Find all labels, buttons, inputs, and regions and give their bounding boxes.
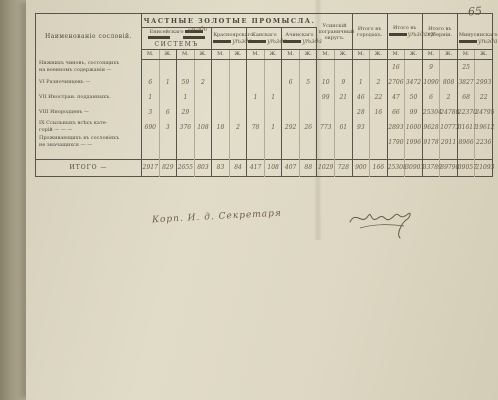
- total-value-cell: 1029: [317, 159, 335, 176]
- value-cell: 8966: [457, 135, 475, 150]
- value-cell: [335, 105, 353, 120]
- value-cell: [282, 90, 300, 105]
- col-header-male: М.: [177, 49, 195, 59]
- value-cell: [299, 59, 317, 75]
- system-label: СИСТЕМЪ: [142, 41, 211, 49]
- total-value-cell: 900: [352, 159, 370, 176]
- col-header-female: Ж.: [370, 49, 388, 59]
- struck-word: [283, 40, 301, 43]
- value-cell: 9628: [422, 120, 440, 135]
- value-cell: 1996: [405, 135, 423, 150]
- value-cell: 21: [335, 90, 353, 105]
- table-row: VII Иностран. подданныхъ.111199214622475…: [36, 90, 493, 105]
- value-cell: 3827: [457, 75, 475, 90]
- value-cell: [194, 59, 212, 75]
- value-cell: 2: [370, 75, 388, 90]
- value-cell: 2: [229, 120, 247, 135]
- census-table: Наименованіе сословій. ЧАСТНЫЕ ЗОЛОТЫЕ П…: [35, 13, 493, 177]
- value-cell: [212, 59, 230, 75]
- value-cell: 99: [405, 105, 423, 120]
- value-cell: [264, 75, 282, 90]
- col-header-male: М.: [317, 49, 335, 59]
- value-cell: 31611: [457, 120, 475, 135]
- value-cell: [299, 90, 317, 105]
- total-row: ИТОГО —291782926558038384417108407881029…: [36, 159, 493, 176]
- value-cell: 26: [299, 120, 317, 135]
- value-cell: [352, 59, 370, 75]
- value-cell: 9178: [422, 135, 440, 150]
- value-cell: 59: [177, 75, 195, 90]
- value-cell: 22: [370, 90, 388, 105]
- value-cell: [229, 59, 247, 75]
- group-kansk: Канскаго уѣзда: [247, 28, 282, 50]
- table-row: VIII Инородцевъ —36292816669925304247882…: [36, 105, 493, 120]
- value-cell: [370, 59, 388, 75]
- value-cell: [317, 59, 335, 75]
- row-label: VIII Инородцевъ —: [36, 105, 142, 120]
- value-cell: [370, 120, 388, 135]
- group-minusinsk: Минусинскаго уѣзда: [457, 28, 492, 50]
- value-cell: [159, 90, 177, 105]
- value-cell: [317, 105, 335, 120]
- row-label: Нижнихъ чиновъ, состоящихъна военномъ со…: [36, 59, 142, 75]
- value-cell: 2911: [440, 135, 458, 150]
- value-cell: [352, 135, 370, 150]
- col-header-female: Ж.: [264, 49, 282, 59]
- value-cell: 47: [387, 90, 405, 105]
- total-value-cell: 83: [212, 159, 230, 176]
- value-cell: 1790: [387, 135, 405, 150]
- value-cell: [229, 90, 247, 105]
- value-cell: 773: [317, 120, 335, 135]
- struck-word: [248, 40, 266, 43]
- value-cell: [177, 59, 195, 75]
- signature-secretary: Корп. И. д. Секретаря: [152, 209, 282, 226]
- group-usinsk: Усинскій пограничный округъ.: [317, 14, 352, 50]
- struck-subsystem-south: [183, 36, 205, 39]
- value-cell: [142, 135, 160, 150]
- value-cell: 3472: [405, 75, 423, 90]
- value-cell: 29: [177, 105, 195, 120]
- table-body: Нижнихъ чиновъ, состоящихъна военномъ со…: [36, 59, 493, 176]
- value-cell: 10773: [440, 120, 458, 135]
- value-cell: 93: [352, 120, 370, 135]
- col-header-female: Ж.: [229, 49, 247, 59]
- total-value-cell: 33789: [422, 159, 440, 176]
- value-cell: 108: [194, 120, 212, 135]
- total-label: ИТОГО —: [36, 159, 142, 176]
- col-header-female: Ж.: [159, 49, 177, 59]
- col-header-male: М.: [282, 49, 300, 59]
- value-cell: [212, 75, 230, 90]
- value-cell: 2: [194, 75, 212, 90]
- value-cell: [317, 135, 335, 150]
- value-cell: 5: [299, 75, 317, 90]
- value-cell: 2893: [387, 120, 405, 135]
- value-cell: [177, 135, 195, 150]
- handwritten-uezda: уѣзда: [302, 38, 321, 45]
- value-cell: 292: [282, 120, 300, 135]
- col-header-female: Ж.: [405, 49, 423, 59]
- total-value-cell: 30903: [405, 159, 423, 176]
- value-cell: [475, 59, 493, 75]
- value-cell: [264, 135, 282, 150]
- value-cell: 24788: [440, 105, 458, 120]
- col-header-female: Ж.: [194, 49, 212, 59]
- group-achinsk: Ачинскаго уѣзда: [282, 28, 317, 50]
- spacer-row: [36, 150, 493, 160]
- value-cell: [142, 59, 160, 75]
- scanned-page: 65 Наименованіе сословій. ЧАСТНЫЕ ЗОЛОТЫ…: [0, 0, 498, 400]
- value-cell: [247, 135, 265, 150]
- total-value-cell: 2917: [142, 159, 160, 176]
- total-value-cell: 2655: [177, 159, 195, 176]
- value-cell: [212, 135, 230, 150]
- page-title: ЧАСТНЫЕ ЗОЛОТЫЕ ПРОМЫСЛА.: [142, 14, 317, 28]
- table-row: Нижнихъ чиновъ, состоящихъна военномъ со…: [36, 59, 493, 75]
- row-label: VII Иностран. подданныхъ.: [36, 90, 142, 105]
- value-cell: 16: [387, 59, 405, 75]
- value-cell: [335, 59, 353, 75]
- col-header-male: М.: [212, 49, 230, 59]
- value-cell: 25: [457, 59, 475, 75]
- value-cell: [440, 59, 458, 75]
- value-cell: 6: [159, 105, 177, 120]
- total-value-cell: 829: [159, 159, 177, 176]
- document-page: 65 Наименованіе сословій. ЧАСТНЫЕ ЗОЛОТЫ…: [26, 0, 498, 400]
- value-cell: [194, 135, 212, 150]
- value-cell: 808: [440, 75, 458, 90]
- value-cell: 1: [264, 90, 282, 105]
- value-cell: 1: [264, 120, 282, 135]
- value-cell: 2236: [475, 135, 493, 150]
- value-cell: 46: [352, 90, 370, 105]
- handwritten-uezda: уѣзда: [478, 38, 497, 45]
- value-cell: [194, 105, 212, 120]
- struck-word: [389, 33, 407, 36]
- row-label: VI Разночинцевъ —: [36, 75, 142, 90]
- row-label: Проживающихъ въ сословіяхъне значащихся …: [36, 135, 142, 150]
- value-cell: [264, 105, 282, 120]
- struck-word: [213, 40, 231, 43]
- struck-subsystem-north: [148, 36, 170, 39]
- total-value-cell: 39057: [457, 159, 475, 176]
- value-cell: 2: [440, 90, 458, 105]
- value-cell: 6: [422, 90, 440, 105]
- value-cell: [370, 135, 388, 150]
- value-cell: [159, 135, 177, 150]
- stub-header: Наименованіе сословій.: [36, 14, 142, 60]
- value-cell: 3: [142, 105, 160, 120]
- value-cell: [212, 90, 230, 105]
- total-value-cell: 108: [264, 159, 282, 176]
- col-header-female: Ж.: [335, 49, 353, 59]
- value-cell: 22: [475, 90, 493, 105]
- col-header-female: Ж.: [475, 49, 493, 59]
- table-row: IX Ссыльныхъ всѣхъ кате-горій — — —69033…: [36, 120, 493, 135]
- total-value-cell: 166: [370, 159, 388, 176]
- value-cell: [282, 105, 300, 120]
- table-row: VI Разночинцевъ —61592651091227063472109…: [36, 75, 493, 90]
- header-row-title: Наименованіе сословій. ЧАСТНЫЕ ЗОЛОТЫЕ П…: [36, 14, 493, 28]
- col-header-male: М.: [352, 49, 370, 59]
- value-cell: 24795: [475, 105, 493, 120]
- value-cell: 19612: [475, 120, 493, 135]
- col-header-female: Ж.: [299, 49, 317, 59]
- value-cell: [247, 105, 265, 120]
- table-row: Проживающихъ въ сословіяхъне значащихся …: [36, 135, 493, 150]
- total-value-cell: 417: [247, 159, 265, 176]
- value-cell: 10: [317, 75, 335, 90]
- value-cell: 1: [352, 75, 370, 90]
- value-cell: 22370: [457, 105, 475, 120]
- value-cell: 1090: [422, 75, 440, 90]
- value-cell: [247, 75, 265, 90]
- value-cell: 1: [247, 90, 265, 105]
- value-cell: [212, 105, 230, 120]
- group-total-districts: Итого въ уѣздахъ: [387, 14, 422, 50]
- value-cell: 2993: [475, 75, 493, 90]
- value-cell: [229, 135, 247, 150]
- group-yenisei: Енисейскаго уѣзда СИСТЕМЪ: [142, 28, 212, 50]
- value-cell: 16: [370, 105, 388, 120]
- signature-block: Корп. И. д. Секретаря: [26, 206, 498, 246]
- total-value-cell: 803: [194, 159, 212, 176]
- value-cell: 690: [142, 120, 160, 135]
- value-cell: 61: [335, 120, 353, 135]
- value-cell: 9: [422, 59, 440, 75]
- value-cell: [405, 59, 423, 75]
- value-cell: 1600: [405, 120, 423, 135]
- value-cell: [247, 59, 265, 75]
- value-cell: 1: [177, 90, 195, 105]
- value-cell: 68: [457, 90, 475, 105]
- value-cell: 1: [159, 75, 177, 90]
- value-cell: 28: [352, 105, 370, 120]
- value-cell: [282, 59, 300, 75]
- value-cell: [299, 135, 317, 150]
- value-cell: 66: [387, 105, 405, 120]
- total-value-cell: 728: [335, 159, 353, 176]
- value-cell: 99: [317, 90, 335, 105]
- value-cell: 1: [142, 90, 160, 105]
- value-cell: 6: [282, 75, 300, 90]
- total-value-cell: 39798: [440, 159, 458, 176]
- col-header-male: М.: [142, 49, 160, 59]
- value-cell: 6: [142, 75, 160, 90]
- value-cell: [335, 135, 353, 150]
- value-cell: [194, 90, 212, 105]
- col-header-male: М.: [457, 49, 475, 59]
- value-cell: 2706: [387, 75, 405, 90]
- value-cell: 9: [335, 75, 353, 90]
- value-cell: [282, 135, 300, 150]
- group-total-cities: Итого въ городахъ.: [352, 14, 387, 50]
- signature-flourish: [346, 206, 416, 240]
- col-header-male: М.: [247, 49, 265, 59]
- total-value-cell: 88: [299, 159, 317, 176]
- group-krasnoyarsk: Красноярскаго уѣзда: [212, 28, 247, 50]
- total-value-cell: 21093: [475, 159, 493, 176]
- value-cell: [229, 75, 247, 90]
- value-cell: [159, 59, 177, 75]
- total-value-cell: 407: [282, 159, 300, 176]
- value-cell: 3: [159, 120, 177, 135]
- value-cell: 78: [247, 120, 265, 135]
- value-cell: [299, 105, 317, 120]
- total-value-cell: 84: [229, 159, 247, 176]
- struck-word: [459, 40, 477, 43]
- value-cell: 50: [405, 90, 423, 105]
- value-cell: [229, 105, 247, 120]
- col-header-female: Ж.: [440, 49, 458, 59]
- value-cell: 25304: [422, 105, 440, 120]
- total-value-cell: 25308: [387, 159, 405, 176]
- row-label: IX Ссыльныхъ всѣхъ кате-горій — — —: [36, 120, 142, 135]
- value-cell: [264, 59, 282, 75]
- col-header-male: М.: [422, 49, 440, 59]
- group-total-province: Итого въ губерніи.: [422, 14, 457, 50]
- value-cell: 376: [177, 120, 195, 135]
- col-header-male: М.: [387, 49, 405, 59]
- value-cell: 18: [212, 120, 230, 135]
